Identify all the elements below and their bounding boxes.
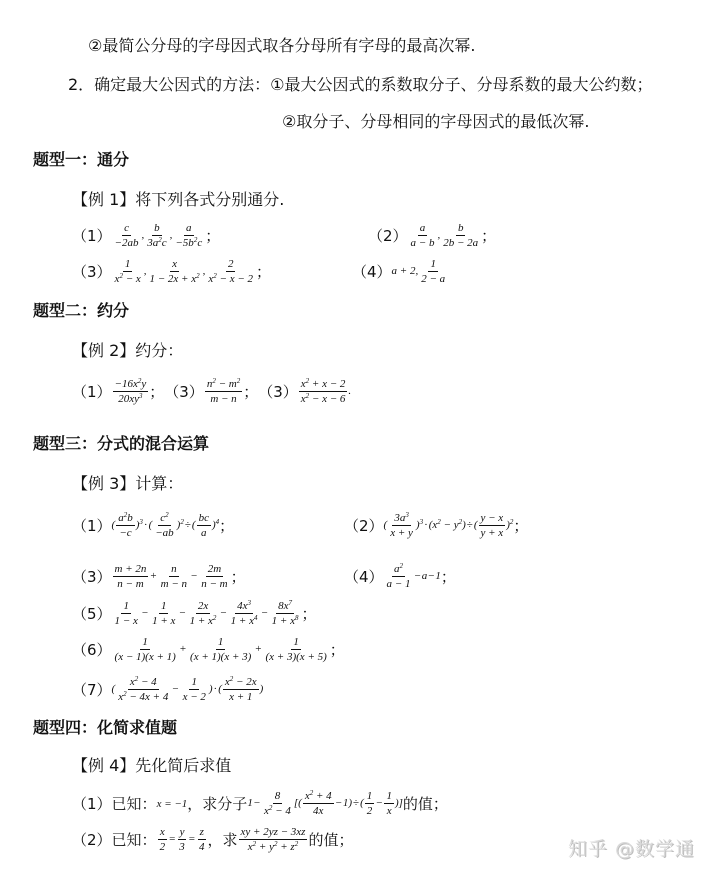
math-expression: 1(x − 1)(x + 1)+1(x + 1)(x + 3)+1(x + 3)… [112, 636, 330, 663]
ex1-item-4: （4） a + 2,12 − a [352, 258, 448, 285]
math-expression: 1−8x2 − 4[(x2 + 44x−1)÷(12−1x)] [247, 790, 403, 817]
watermark: 知乎 @数学通 [568, 834, 695, 861]
item-label: （3） [72, 261, 112, 282]
item-label: （1） [72, 793, 112, 814]
math-expression: 11 − x−11 + x−2x1 + x2−4x31 + x4−8x71 + … [112, 600, 302, 627]
ex3-item-1: （1） (a2b−c)3·(c2−ab)2÷(bca)4 ； [72, 512, 234, 539]
item-suffix: 的值； [308, 829, 353, 850]
item-mid: ，求 [208, 829, 238, 850]
math-expression: x2 + x − 2x2 − x − 6. [298, 378, 351, 405]
example-2: 【例 2】约分： [72, 341, 183, 361]
ex1-item-1: （1） c−2ab,b3a2c,a−5b2c ； [72, 222, 220, 249]
item-label: （2） [368, 225, 408, 246]
ex3-item-5: （5） 11 − x−11 + x−2x1 + x2−4x31 + x4−8x7… [72, 600, 317, 627]
item-label: （1） [72, 225, 112, 246]
ex2-items: （1） −16x2y20xy3； （3） n2 − m2m − n； （3） x… [72, 378, 351, 405]
ex3-item-2: （2） (3a3x + y)3·(x2 − y2)÷(y − xy + x)2 … [344, 512, 528, 539]
ex4-item-1: （1） 已知： x = −1 ，求分子 1−8x2 − 4[(x2 + 44x−… [72, 790, 448, 817]
item-label: （5） [72, 603, 112, 624]
example-1: 【例 1】将下列各式分别通分. [72, 190, 284, 210]
section-title-1: 题型一：通分 [33, 150, 129, 170]
ex3-item-4: （4） a2a − 1−a−1 ； [344, 563, 456, 590]
math-expression: 1x2 − x,x1 − 2x + x2,2x2 − x − 2 [112, 258, 256, 285]
item-label: （3） [72, 566, 112, 587]
math-expression: xy + 2yz − 3xzx2 + y2 + z2 [238, 826, 309, 853]
item-label: （4） [352, 261, 392, 282]
item-prefix: 已知： [112, 829, 157, 850]
intro-line-1: ②最简公分母的字母因式取各分母所有字母的最高次幂. [88, 36, 475, 56]
item-mid: ，求分子 [187, 793, 247, 814]
math-expression: −16x2y20xy3 [112, 378, 150, 405]
item-label: （1） [72, 515, 112, 536]
item-label: （2） [344, 515, 384, 536]
math-expression: a2a − 1−a−1 [384, 563, 441, 590]
item-label: （3） [258, 381, 298, 402]
ex3-item-6: （6） 1(x − 1)(x + 1)+1(x + 1)(x + 3)+1(x … [72, 636, 345, 663]
math-expression: m + 2nn − m+nm − n−2mn − m [112, 563, 231, 590]
intro-line-3: ②取分子、分母相同的字母因式的最低次幂. [282, 112, 589, 132]
ex4-item-2: （2） 已知： x2=y3=z4 ，求 xy + 2yz − 3xzx2 + y… [72, 826, 353, 853]
item-label: （1） [72, 381, 112, 402]
item-label: （2） [72, 829, 112, 850]
item-label: （3） [164, 381, 204, 402]
ex1-item-2: （2） aa − b,b2b − 2a ； [368, 222, 496, 249]
math-condition: x2=y3=z4 [157, 826, 208, 853]
intro-line-2: 2．确定最大公因式的方法：①最大公因式的系数取分子、分母系数的最大公约数； [68, 75, 653, 95]
section-title-3: 题型三：分式的混合运算 [33, 434, 209, 454]
item-prefix: 已知： [112, 793, 157, 814]
ex3-item-3: （3） m + 2nn − m+nm − n−2mn − m ； [72, 563, 246, 590]
section-title-2: 题型二：约分 [33, 301, 129, 321]
example-4: 【例 4】先化简后求值 [72, 756, 231, 776]
math-expression: (a2b−c)3·(c2−ab)2÷(bca)4 [112, 512, 220, 539]
math-expression: aa − b,b2b − 2a [408, 222, 482, 249]
item-label: （4） [344, 566, 384, 587]
item-suffix: 的值； [403, 793, 448, 814]
math-expression: a + 2,12 − a [392, 258, 449, 285]
math-expression: (3a3x + y)3·(x2 − y2)÷(y − xy + x)2 [384, 512, 514, 539]
item-label: （6） [72, 639, 112, 660]
math-expression: c−2ab,b3a2c,a−5b2c [112, 222, 206, 249]
ex3-item-7: （7） (x2 − 4x2 − 4x + 4−1x − 2)·(x2 − 2xx… [72, 676, 263, 703]
item-label: （7） [72, 679, 112, 700]
example-3: 【例 3】计算： [72, 474, 183, 494]
math-condition: x = −1 [157, 798, 188, 810]
section-title-4: 题型四：化简求值题 [33, 718, 177, 738]
math-expression: (x2 − 4x2 − 4x + 4−1x − 2)·(x2 − 2xx + 1… [112, 676, 264, 703]
ex1-item-3: （3） 1x2 − x,x1 − 2x + x2,2x2 − x − 2 ； [72, 258, 271, 285]
math-expression: n2 − m2m − n [204, 378, 243, 405]
